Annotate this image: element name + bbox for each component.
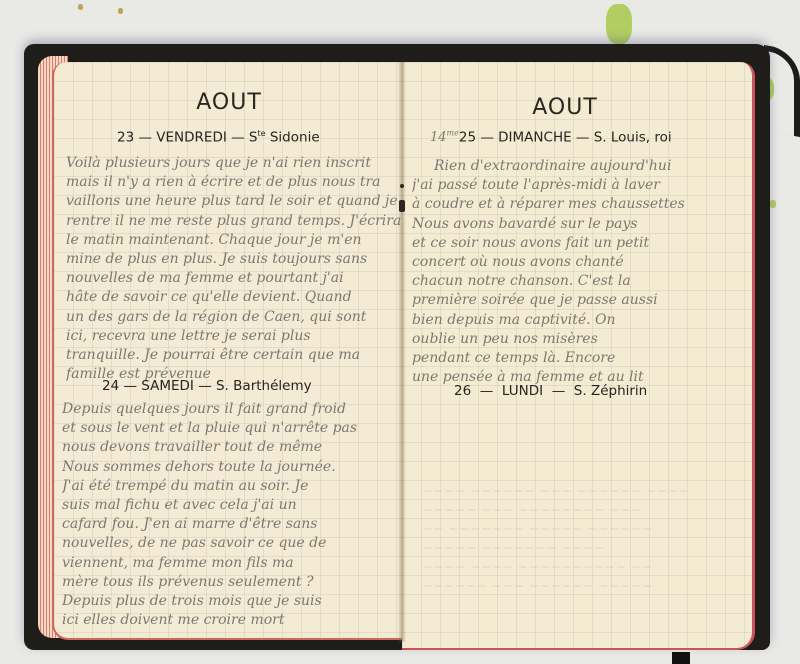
handwritten-line: Voilà plusieurs jours que je n'ai rien i… [66,154,404,173]
handwritten-line: viennent, ma femme mon fils ma [62,554,357,573]
handwritten-line: bien depuis ma captivité. On [412,311,685,330]
handwritten-line: vaillons une heure plus tard le soir et … [66,192,404,211]
handwritten-line: Rien d'extraordinaire aujourd'hui [412,157,685,176]
bookmark-ribbon [672,652,690,664]
handwritten-line: Depuis plus de trois mois que je suis [62,592,357,611]
handwritten-line: nouvelles de ma femme et pourtant j'ai [66,269,404,288]
handwritten-entry-23: Voilà plusieurs jours que je n'ai rien i… [66,154,404,384]
handwritten-line: concert où nous avons chanté [412,253,685,272]
binding-stitch [399,200,405,212]
handwritten-annotation: 14me [430,130,459,145]
saint-name: Sidonie [270,130,320,146]
saint-prefix: S [249,130,258,146]
day-name: SAMEDI [141,378,194,394]
separator: — [480,129,494,145]
paint-splotch [118,8,123,14]
day-number: 25 [459,129,476,145]
paint-splotch [78,4,83,10]
saint-name: Barthélemy [233,378,311,394]
month-heading: AOUT [402,95,740,120]
day-number: 26 [454,383,471,399]
saint-name: Zéphirin [591,383,647,399]
day-heading-24: 24 — SAMEDI — S. Barthélemy [102,378,312,394]
handwritten-line: Nous avons bavardé sur le pays [412,215,685,234]
saint-prefix: S. [594,129,607,145]
separator: — [198,378,212,394]
handwritten-line: rentre il ne me reste plus grand temps. … [66,212,404,231]
handwritten-line: nous devons travailler tout de même [62,438,357,457]
day-heading-23: 23 — VENDREDI — Ste Sidonie [117,129,320,146]
handwritten-line: et sous le vent et la pluie qui n'arrête… [62,419,357,438]
binding-stitch [400,184,404,188]
month-heading: AOUT [54,90,404,115]
handwritten-line: le matin maintenant. Chaque jour je m'en [66,231,404,250]
paint-splotch [770,200,776,208]
day-heading-26: 26 — LUNDI — S. Zéphirin [454,383,647,399]
handwritten-line: J'ai été trempé du matin au soir. Je [62,477,357,496]
separator: — [552,383,566,399]
annotation-number: 14 [430,130,447,145]
handwritten-line: Depuis quelques jours il fait grand froi… [62,400,357,419]
handwritten-line: et ce soir nous avons fait un petit [412,234,685,253]
saint-prefix: S. [216,378,229,394]
handwritten-entry-25: Rien d'extraordinaire aujourd'hui j'ai p… [412,157,685,387]
handwritten-line: tranquille. Je pourrai être certain que … [66,346,404,365]
day-number: 24 [102,378,119,394]
day-name: DIMANCHE [498,129,571,145]
page-gutter [398,62,406,642]
handwritten-line: mais il n'y a rien à écrire et de plus n… [66,173,404,192]
handwritten-entry-24: Depuis quelques jours il fait grand froi… [62,400,357,630]
handwritten-line: ici elles doivent me croire mort [62,611,357,630]
handwritten-line: mère tous ils prévenus seulement ? [62,573,357,592]
day-number: 23 [117,130,134,146]
handwritten-line: mine de plus en plus. Je suis toujours s… [66,250,404,269]
handwritten-line: Nous sommes dehors toute la journée. [62,458,357,477]
day-name: LUNDI [502,383,543,399]
annotation-sup: me [447,129,459,138]
separator: — [138,130,152,146]
left-page: AOUT 23 — VENDREDI — Ste Sidonie Voilà p… [52,62,404,640]
separator: — [231,130,245,146]
saint-prefix: S. [574,383,587,399]
right-page: AOUT 14me25 — DIMANCHE — S. Louis, roi R… [402,62,755,650]
day-heading-25: 14me25 — DIMANCHE — S. Louis, roi [430,129,672,145]
saint-name: Louis, roi [611,129,672,145]
saint-prefix-sup: te [258,129,266,138]
bleed-through-text: ~~~~ ~~~~~~ ~~~ ~~~~~~ ~~~~ ~~~~~ ~~~ ~~… [422,482,722,596]
handwritten-line: hâte de savoir ce qu'elle devient. Quand [66,288,404,307]
separator: — [123,378,137,394]
handwritten-line: un des gars de la région de Caen, qui so… [66,308,404,327]
handwritten-line: suis mal fichu et avec cela j'ai un [62,496,357,515]
separator: — [480,383,494,399]
handwritten-line: j'ai passé toute l'après-midi à laver [412,176,685,195]
handwritten-line: à coudre et à réparer mes chaussettes [412,195,685,214]
handwritten-line: ici, recevra une lettre je serai plus [66,327,404,346]
paint-splotch [606,4,632,44]
handwritten-line: oublie un peu nos misères [412,330,685,349]
handwritten-line: pendant ce temps là. Encore [412,349,685,368]
handwritten-line: chacun notre chanson. C'est la [412,272,685,291]
handwritten-line: cafard fou. J'en ai marre d'être sans [62,515,357,534]
day-name: VENDREDI [156,130,227,146]
handwritten-line: nouvelles, de ne pas savoir ce que de [62,534,357,553]
handwritten-line: première soirée que je passe aussi [412,291,685,310]
separator: — [576,129,590,145]
